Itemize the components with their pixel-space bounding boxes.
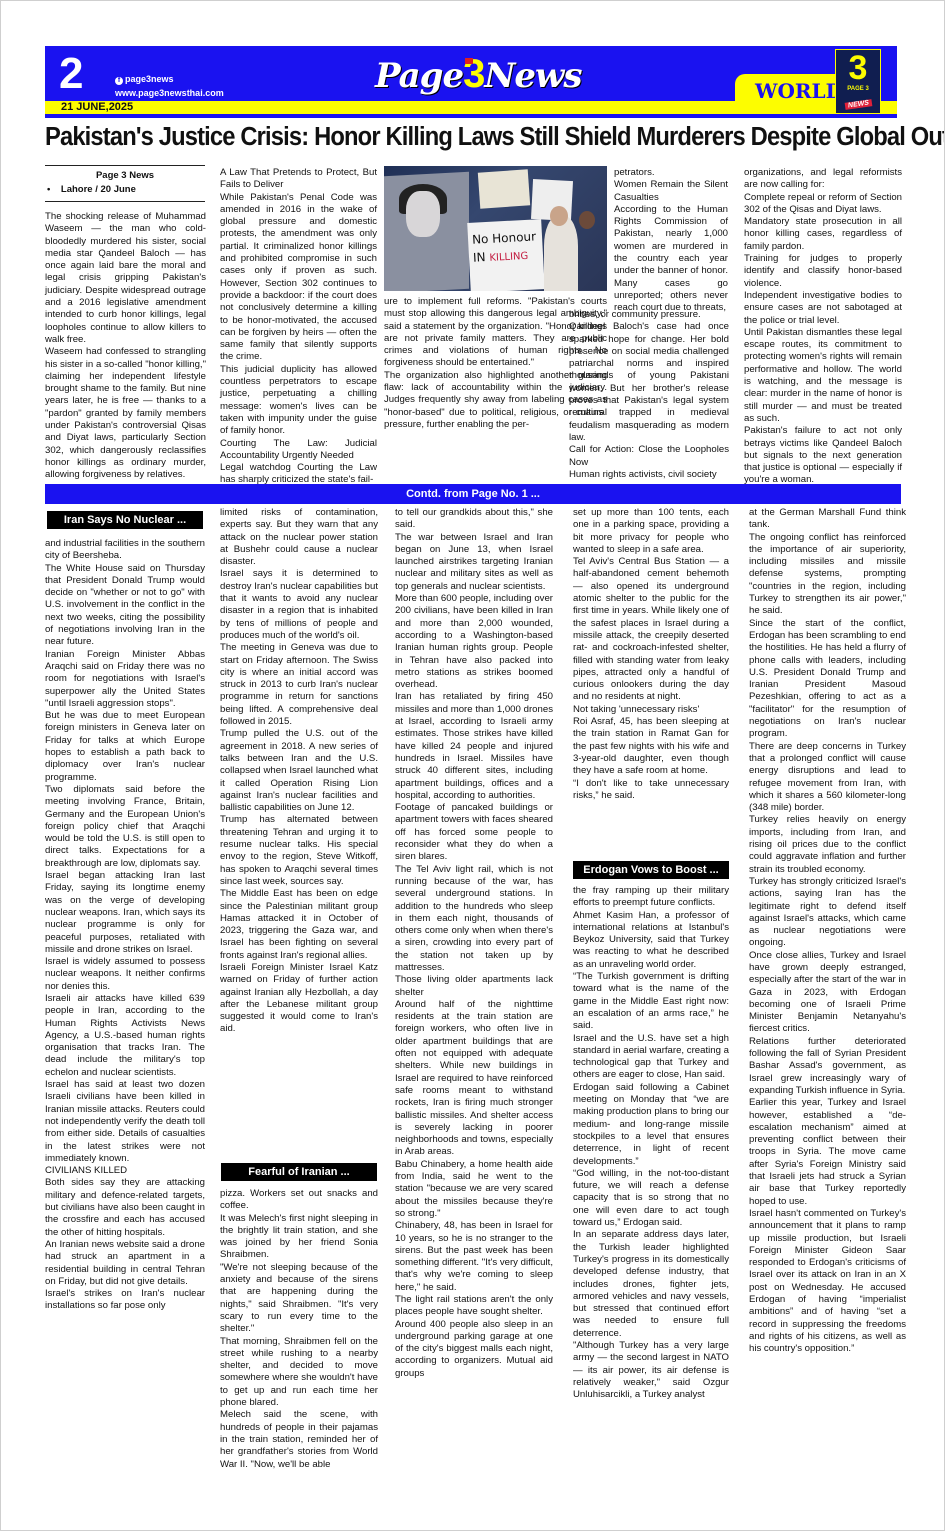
list-item: Training for judges to properly identify…	[744, 253, 902, 290]
top-article-col4-top: petrators. Women Remain the Silent Casua…	[614, 167, 728, 315]
page-number: 2	[59, 50, 83, 98]
facebook-icon: f	[115, 77, 123, 85]
badge-label: PAGE 3	[836, 86, 880, 93]
paragraph: Israel's strikes on Iran's nuclear insta…	[45, 1288, 205, 1313]
paragraph: “The Turkish government is drifting towa…	[573, 971, 729, 1032]
paragraph: Trump has alternated between threatening…	[220, 814, 378, 888]
website-link[interactable]: www.page3newsthai.com	[115, 86, 224, 100]
paragraph: According to the Human Rights Commission…	[614, 204, 728, 315]
paragraph: petrators.	[614, 167, 728, 179]
paragraph: Qandeel Baloch's case had once sparked h…	[569, 321, 729, 444]
paragraph: Earlier this year, Turkey and Israel how…	[749, 1097, 906, 1208]
paragraph: Israel says it is determined to destroy …	[220, 568, 378, 642]
kicker-fearful[interactable]: Fearful of Iranian ...	[221, 1163, 377, 1181]
list-item: Complete repeal or reform of Section 302…	[744, 192, 902, 217]
paragraph: Melech said the scene, with hundreds of …	[220, 1409, 378, 1470]
paragraph: to tell our grandkids about this," she s…	[395, 507, 553, 532]
bottom-col5: at the German Marshall Fund think tank. …	[749, 507, 906, 1355]
kicker-iran[interactable]: Iran Says No Nuclear ...	[47, 511, 203, 529]
photo-person-head	[579, 211, 595, 229]
logo-text-right: News	[484, 56, 581, 96]
newspaper-logo[interactable]: Page3News	[375, 52, 581, 98]
paragraph: "We're not sleeping because of the anxie…	[220, 1262, 378, 1336]
paragraph: Babu Chinabery, a home health aide from …	[395, 1159, 553, 1220]
subheading: CIVILIANS KILLED	[45, 1165, 205, 1177]
paragraph: The light rail stations aren't the only …	[395, 1294, 553, 1319]
list-item: Independent investigative bodies to ensu…	[744, 290, 902, 327]
paragraph: Human rights activists, civil society	[569, 469, 729, 481]
kicker-erdogan[interactable]: Erdogan Vows to Boost ...	[573, 861, 729, 879]
photo-person-head	[550, 206, 568, 226]
paragraph: Around half of the nighttime residents a…	[395, 999, 553, 1159]
byline-location-text: Lahore / 20 June	[61, 184, 136, 195]
paragraph: organizations, and legal reformists are …	[744, 167, 902, 192]
paragraph: Israel has said at least two dozen Israe…	[45, 1079, 205, 1165]
top-article-col2: A Law That Pretends to Protect, But Fail…	[220, 167, 377, 487]
masthead: 2 fpage3news www.page3newsthai.com 21 JU…	[45, 46, 897, 118]
paragraph: “God willing, in the not-too-distant fut…	[573, 1168, 729, 1229]
paragraph: bribes, or community pressure.	[569, 309, 729, 321]
paragraph: Two diplomats said before the meeting in…	[45, 784, 205, 870]
page-headline: Pakistan's Justice Crisis: Honor Killing…	[45, 123, 845, 152]
paragraph: Israel hasn't commented on Turkey's anno…	[749, 1208, 906, 1356]
paragraph: "Although Turkey has a very large army —…	[573, 1340, 729, 1401]
paragraph: More than 600 people, including over 200…	[395, 593, 553, 691]
paragraph: Israeli Foreign Minister Israel Katz war…	[220, 962, 378, 1036]
paragraph: This judicial duplicity has allowed coun…	[220, 364, 377, 438]
top-article-col1: The shocking release of Muhammad Waseem …	[45, 211, 206, 482]
paragraph: Iran has retaliated by firing 450 missil…	[395, 691, 553, 802]
paragraph: “I don't like to take unnecessary risks,…	[573, 778, 729, 803]
paragraph: The Tel Aviv light rail, which is not ru…	[395, 864, 553, 975]
paragraph: But he was due to meet European foreign …	[45, 710, 205, 784]
subheading: A Law That Pretends to Protect, But Fail…	[220, 167, 377, 192]
photo-sign	[478, 169, 530, 208]
bottom-col4-bottom: the fray ramping up their military effor…	[573, 885, 729, 1401]
social-handle[interactable]: page3news	[125, 74, 174, 84]
bottom-col2-top: limited risks of contamination, experts …	[220, 507, 378, 1036]
logo-text-left: Page	[375, 56, 463, 96]
paragraph: While Pakistan's Penal Code was amended …	[220, 192, 377, 364]
paragraph: set up more than 100 tents, each one in …	[573, 507, 729, 556]
paragraph: Israeli air attacks have killed 639 peop…	[45, 993, 205, 1079]
byline: Page 3 News • Lahore / 20 June	[45, 165, 205, 202]
subheading: Call for Action: Close the Loopholes Now	[569, 444, 729, 469]
paragraph: and industrial facilities in the souther…	[45, 538, 205, 563]
paragraph: Ahmet Kasim Han, a professor of internat…	[573, 910, 729, 971]
bottom-col3: to tell our grandkids about this," she s…	[395, 507, 553, 1380]
subheading: Those living older apartments lack shelt…	[395, 974, 553, 999]
byline-location: • Lahore / 20 June	[45, 183, 205, 197]
photo-portrait-face	[406, 191, 440, 237]
paragraph: Trump pulled the U.S. out of the agreeme…	[220, 728, 378, 814]
photo-main-sign: No Honour IN KILLING	[467, 219, 545, 291]
badge-news: NEWS	[844, 99, 872, 110]
paragraph: In an separate address days later, the T…	[573, 1229, 729, 1340]
paragraph: pizza. Workers set out snacks and coffee…	[220, 1188, 378, 1213]
paragraph: Turkey relies heavily on energy imports,…	[749, 814, 906, 875]
paragraph: limited risks of contamination, experts …	[220, 507, 378, 568]
subheading: Not taking 'unnecessary risks'	[573, 704, 729, 716]
byline-source: Page 3 News	[45, 169, 205, 183]
bottom-col2-bottom: pizza. Workers set out snacks and coffee…	[220, 1188, 378, 1471]
paragraph: Around 400 people also sleep in an under…	[395, 1319, 553, 1380]
bottom-col4-top: set up more than 100 tents, each one in …	[573, 507, 729, 802]
bottom-col1: and industrial facilities in the souther…	[45, 538, 205, 1313]
paragraph: The shocking release of Muhammad Waseem …	[45, 211, 206, 346]
paragraph: There are deep concerns in Turkey that a…	[749, 741, 906, 815]
paragraph: The meeting in Geneva was due to start o…	[220, 642, 378, 728]
masthead-rule	[45, 114, 897, 118]
paragraph: Both sides say they are attacking milita…	[45, 1177, 205, 1238]
list-item: Mandatory state prosecution in all honor…	[744, 216, 902, 253]
paragraph: The ongoing conflict has reinforced the …	[749, 532, 906, 618]
protest-photo: No Honour IN KILLING	[384, 166, 607, 291]
subheading: Courting The Law: Judicial Accountabilit…	[220, 438, 377, 463]
paragraph: Waseem had confessed to strangling his s…	[45, 346, 206, 481]
paragraph: Once close allies, Turkey and Israel hav…	[749, 950, 906, 1036]
paragraph: the fray ramping up their military effor…	[573, 885, 729, 910]
paragraph: The White House said on Thursday that Pr…	[45, 563, 205, 649]
badge-number: 3	[836, 50, 880, 86]
paragraph: Roi Asraf, 45, has been sleeping at the …	[573, 716, 729, 777]
paragraph: Relations further deteriorated following…	[749, 1036, 906, 1097]
paragraph: It was Melech's first night sleeping in …	[220, 1213, 378, 1262]
paragraph: Chinabery, 48, has been in Israel for 10…	[395, 1220, 553, 1294]
top-article-col5: organizations, and legal reformists are …	[744, 167, 902, 487]
paragraph: Israel and the U.S. have set a high stan…	[573, 1033, 729, 1082]
paragraph: Turkey has strongly criticized Israel's …	[749, 876, 906, 950]
paragraph: at the German Marshall Fund think tank.	[749, 507, 906, 532]
section-label: WORLD	[755, 79, 843, 103]
logo-number: 3	[463, 52, 484, 96]
paragraph: The Middle East has been on edge since t…	[220, 888, 378, 962]
page3-badge-icon: 3 PAGE 3 NEWS	[835, 49, 881, 114]
paragraph: Israel is widely assumed to possess nucl…	[45, 956, 205, 993]
paragraph: An Iranian news website said a drone had…	[45, 1239, 205, 1288]
top-article-col4-bottom: bribes, or community pressure. Qandeel B…	[569, 309, 729, 481]
paragraph: Since the start of the conflict, Erdogan…	[749, 618, 906, 741]
paragraph: Tel Aviv's Central Bus Station — a half-…	[573, 556, 729, 704]
paragraph: The war between Israel and Iran began on…	[395, 532, 553, 593]
paragraph: Erdogan said following a Cabinet meeting…	[573, 1082, 729, 1168]
sign-text: No Honour	[472, 229, 537, 246]
issue-date: 21 JUNE,2025	[61, 101, 133, 114]
social-links: fpage3news www.page3newsthai.com	[115, 72, 224, 100]
paragraph: Israel began attacking Iran last Friday,…	[45, 870, 205, 956]
paragraph: Until Pakistan dismantles these legal es…	[744, 327, 902, 425]
paragraph: That morning, Shraibmen fell on the stre…	[220, 1336, 378, 1410]
paragraph: Footage of pancaked buildings or apartme…	[395, 802, 553, 863]
subheading: Women Remain the Silent Casualties	[614, 179, 728, 204]
photo-person	[544, 216, 578, 291]
continued-banner: Contd. from Page No. 1 ...	[45, 484, 901, 504]
sign-text: IN	[473, 250, 486, 265]
paragraph: Pakistan's failure to act not only betra…	[744, 425, 902, 486]
paragraph: Iranian Foreign Minister Abbas Araqchi s…	[45, 649, 205, 710]
sign-text: KILLING	[489, 251, 528, 264]
